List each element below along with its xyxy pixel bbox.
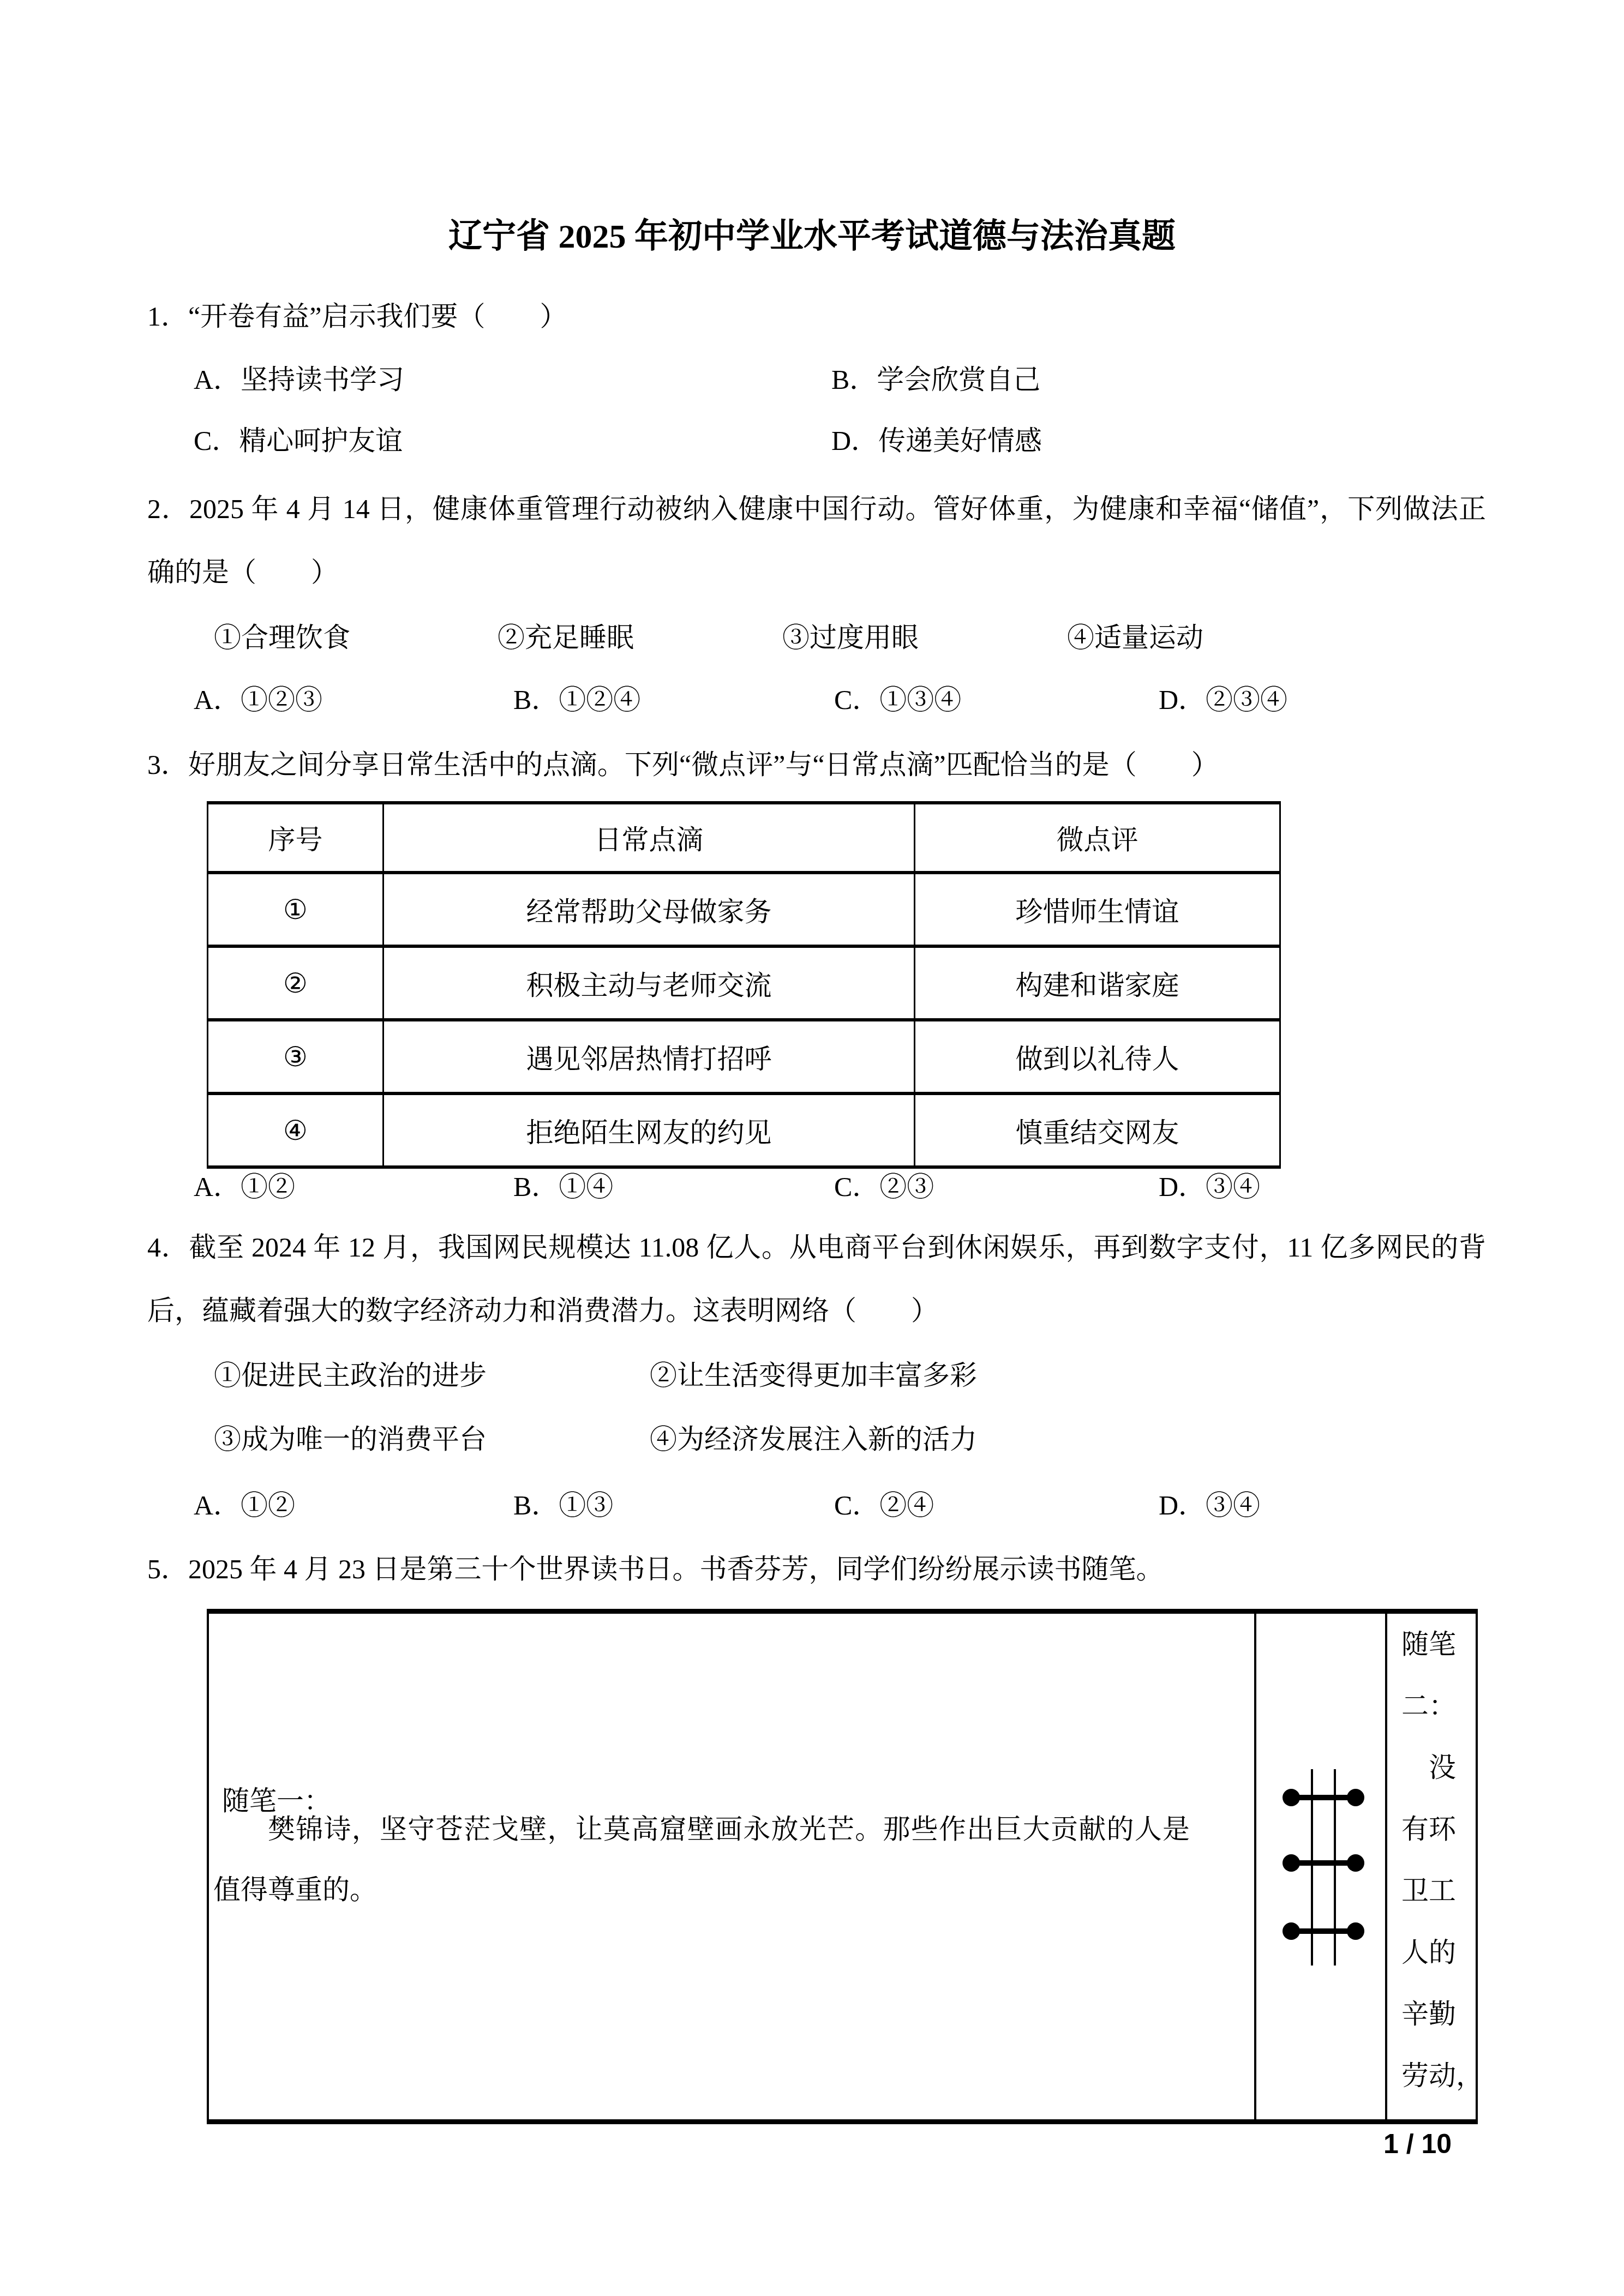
question-4-stem: 4．截至 2024 年 12 月，我国网民规模达 11.08 亿人。从电商平台到… [147,1216,1486,1342]
question-2-option-b: B．①②④ [513,683,640,716]
table-row: ① 经常帮助父母做家务 珍惜师生情谊 [208,873,1280,946]
question-4-option-a: A．①② [194,1489,295,1522]
table-header-daily: 日常点滴 [383,803,915,873]
table-cell: ① [208,873,383,946]
question-3-option-d: D．③④ [1159,1170,1260,1203]
reading-notes-box: 随笔一： 樊锦诗，坚守苍茫戈壁，让莫高窟壁画永放光芒。那些作出巨大贡献的人是值得… [207,1609,1478,2124]
question-2-stem: 2．2025 年 4 月 14 日，健康体重管理行动被纳入健康中国行动。管好体重… [147,477,1486,604]
table-cell: 经常帮助父母做家务 [383,873,915,946]
question-1-stem: 1．“开卷有益”启示我们要（ ） [147,300,1486,333]
question-3-option-c: C．②③ [834,1170,934,1203]
question-5-stem: 5．2025 年 4 月 23 日是第三十个世界读书日。书香芬芳，同学们纷纷展示… [147,1553,1486,1585]
table-cell: 珍惜师生情谊 [915,873,1280,946]
table-header-comment: 微点评 [915,803,1280,873]
question-1-option-b: B．学会欣赏自己 [831,363,1040,396]
table-cell: 积极主动与老师交流 [383,946,915,1020]
note-two-line: 没 [1401,1737,1476,1799]
note-two-line: 人的 [1401,1922,1476,1984]
table-cell: ② [208,946,383,1020]
table-header-row: 序号 日常点滴 微点评 [208,803,1280,873]
question-3-option-b: B．①④ [513,1170,613,1203]
notebook-binding-panel [1254,1614,1385,2119]
table-cell: ③ [208,1020,383,1093]
question-4-item-3: ③成为唯一的消费平台 [214,1423,487,1456]
page-number-indicator: 1 / 10 [1383,2127,1452,2160]
note-two-panel: 随笔 二： 没 有环 卫工 人的 辛勤 劳动， [1385,1614,1476,2119]
question-2-item-2: ②充足睡眠 [498,621,634,654]
binder-ring-icon [1283,1921,1364,1941]
question-1-option-d: D．传递美好情感 [831,424,1042,457]
page-title: 辽宁省 2025 年初中学业水平考试道德与法治真题 [0,217,1624,256]
question-4-item-4: ④为经济发展注入新的活力 [650,1423,977,1456]
table-row: ④ 拒绝陌生网友的约见 慎重结交网友 [208,1093,1280,1167]
question-2-option-a: A．①②③ [194,683,322,716]
table-row: ③ 遇见邻居热情打招呼 做到以礼待人 [208,1020,1280,1093]
table-cell: 构建和谐家庭 [915,946,1280,1020]
question-1-option-c: C．精心呵护友谊 [194,424,403,457]
table-cell: 拒绝陌生网友的约见 [383,1093,915,1167]
table-cell: 做到以礼待人 [915,1020,1280,1093]
binder-ring-icon [1283,1788,1364,1807]
table-cell: 遇见邻居热情打招呼 [383,1020,915,1093]
question-4-item-2: ②让生活变得更加丰富多彩 [650,1359,977,1392]
note-one-panel: 随笔一： 樊锦诗，坚守苍茫戈壁，让莫高窟壁画永放光芒。那些作出巨大贡献的人是值得… [209,1614,1254,2119]
question-3-match-table: 序号 日常点滴 微点评 ① 经常帮助父母做家务 珍惜师生情谊 ② 积极主动与老师… [207,801,1281,1169]
note-two-line: 卫工 [1401,1860,1476,1922]
note-two-line: 随笔 [1401,1614,1476,1675]
binder-ring-icon [1283,1853,1364,1873]
table-cell: ④ [208,1093,383,1167]
question-2-item-4: ④适量运动 [1067,621,1203,654]
note-two-line: 辛勤 [1401,1984,1476,2045]
exam-paper-page: 辽宁省 2025 年初中学业水平考试道德与法治真题 1．“开卷有益”启示我们要（… [0,0,1624,2296]
note-two-line: 劳动， [1401,2045,1476,2107]
question-3-stem: 3．好朋友之间分享日常生活中的点滴。下列“微点评”与“日常点滴”匹配恰当的是（ … [147,748,1486,781]
note-two-line: 有环 [1401,1799,1476,1860]
question-2-option-d: D．②③④ [1159,683,1287,716]
table-cell: 慎重结交网友 [915,1093,1280,1167]
table-header-serial: 序号 [208,803,383,873]
question-4-option-c: C．②④ [834,1489,934,1522]
question-3-option-a: A．①② [194,1170,295,1203]
question-2-option-c: C．①③④ [834,683,961,716]
question-4-option-d: D．③④ [1159,1489,1260,1522]
question-1-option-a: A．坚持读书学习 [194,363,404,396]
note-one-text: 樊锦诗，坚守苍茫戈壁，让莫高窟壁画永放光芒。那些作出巨大贡献的人是值得尊重的。 [213,1799,1190,1920]
question-2-item-3: ③过度用眼 [782,621,919,654]
note-two-line: 二： [1401,1675,1476,1737]
question-2-item-1: ①合理饮食 [214,621,350,654]
question-4-item-1: ①促进民主政治的进步 [214,1359,487,1392]
table-row: ② 积极主动与老师交流 构建和谐家庭 [208,946,1280,1020]
question-4-option-b: B．①③ [513,1489,613,1522]
